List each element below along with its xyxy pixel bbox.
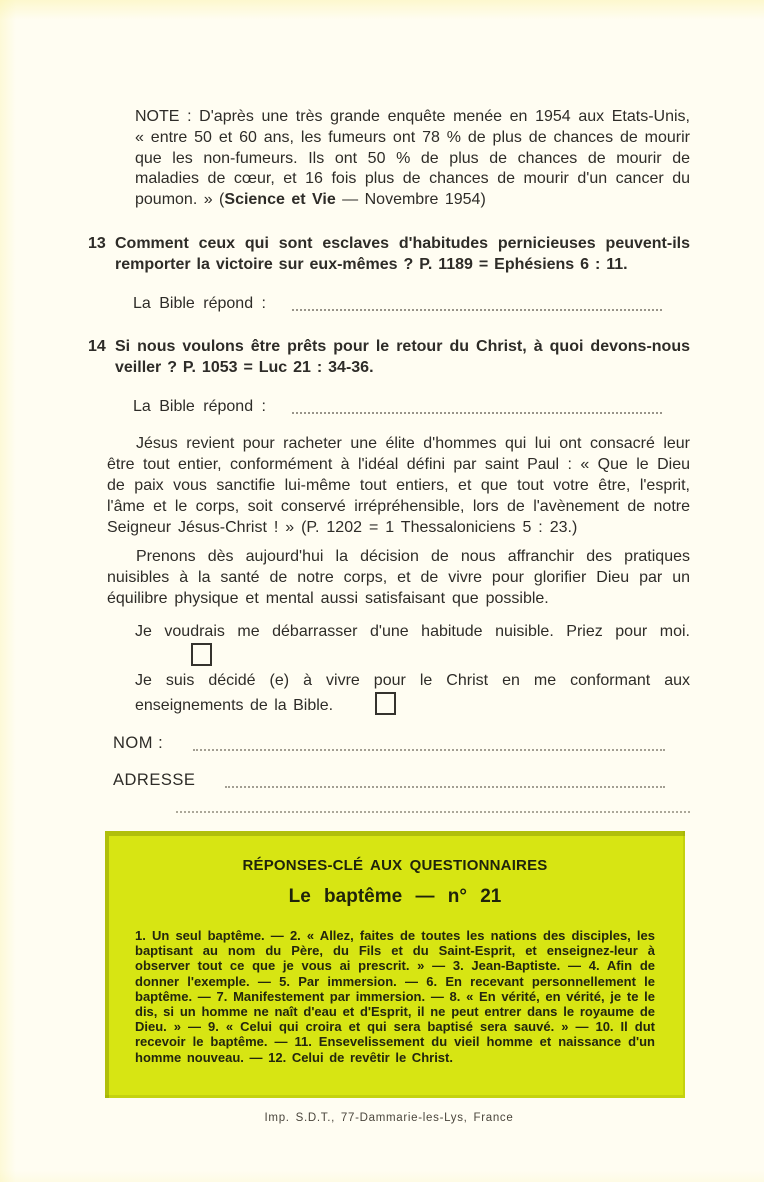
note-paragraph: NOTE : D'après une très grande enquête m… [135,107,690,211]
question-14-number: 14 [88,336,106,378]
bible-answer-label-14: La Bible répond : [133,396,266,417]
bible-answer-label-13: La Bible répond : [133,293,266,314]
key-answers-box: RÉPONSES-CLÉ AUX QUESTIONNAIRES Le baptê… [105,831,685,1098]
document-page: NOTE : D'après une très grande enquête m… [0,0,764,1182]
answer-dotted-line-14[interactable] [292,412,662,414]
pray-checkbox[interactable] [191,643,212,666]
question-13-number: 13 [88,233,106,275]
paragraph-prenons-decision: Prenons dès aujourd'hui la décision de n… [107,546,690,609]
address-label: ADRESSE [113,770,195,791]
printer-imprint: Imp. S.D.T., 77-Dammarie-les-Lys, France [88,1112,690,1124]
address-field-row: ADRESSE [113,770,690,791]
answer-dotted-line-13[interactable] [292,309,662,311]
name-dotted-line[interactable] [193,749,665,751]
page-content: NOTE : D'après une très grande enquête m… [88,91,690,1124]
note-source: Science et Vie [224,191,335,208]
question-14: 14 Si nous voulons être prêts pour le re… [88,336,690,378]
name-label: NOM : [113,733,163,754]
bible-answer-row-14: La Bible répond : [133,396,690,417]
decision-pray-text: Je voudrais me débarrasser d'une habitud… [135,623,690,640]
decision-commitment: Je suis décidé (e) à vivre pour le Chris… [135,670,690,717]
bible-answer-row-13: La Bible répond : [133,293,690,314]
commitment-checkbox[interactable] [375,692,396,715]
question-13-text: Comment ceux qui sont esclaves d'habitud… [115,233,690,275]
answers-box-title: RÉPONSES-CLÉ AUX QUESTIONNAIRES [135,857,655,874]
question-14-text: Si nous voulons être prêts pour le retou… [115,336,690,378]
address-dotted-line-2[interactable] [176,811,690,813]
name-field-row: NOM : [113,733,690,754]
paragraph-jesus-revient: Jésus revient pour racheter une élite d'… [107,433,690,538]
answers-box-subtitle: Le baptême — n° 21 [135,886,655,908]
question-13: 13 Comment ceux qui sont esclaves d'habi… [88,233,690,275]
address-dotted-line[interactable] [225,786,665,788]
decision-pray: Je voudrais me débarrasser d'une habitud… [135,621,690,668]
answers-box-body: 1. Un seul baptême. — 2. « Allez, faites… [135,928,655,1065]
decision-commitment-text: Je suis décidé (e) à vivre pour le Chris… [135,672,690,714]
note-suffix: — Novembre 1954) [336,191,486,208]
